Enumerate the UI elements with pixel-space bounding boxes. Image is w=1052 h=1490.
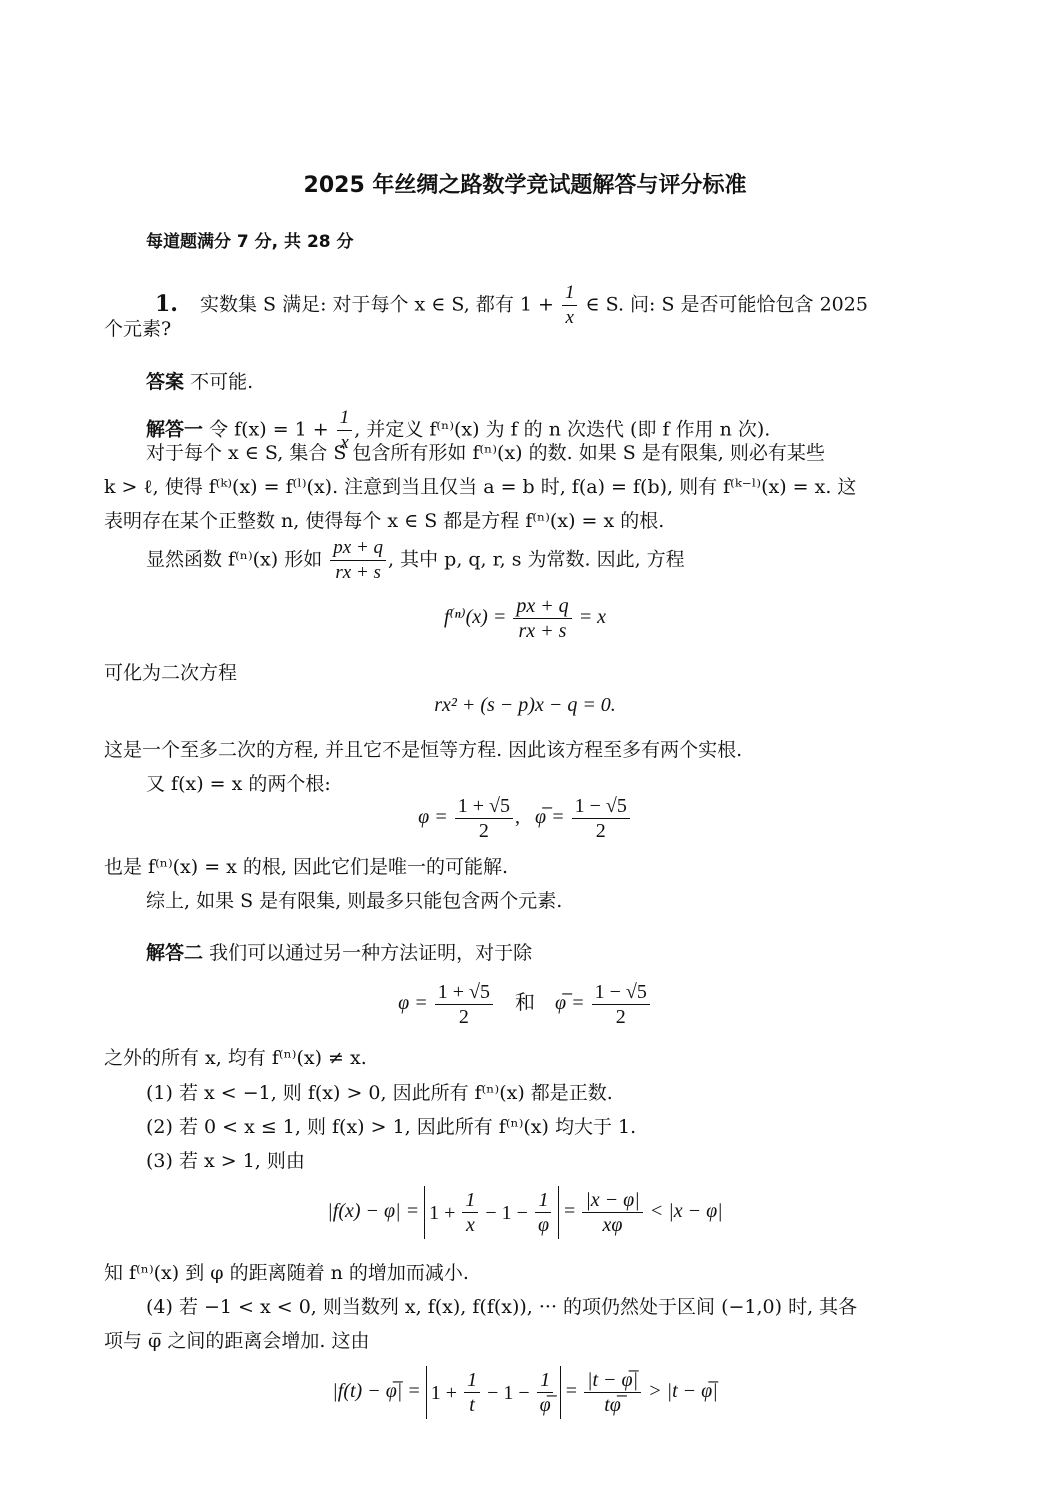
solution1-line: 也是 f⁽ⁿ⁾(x) = x 的根, 因此它们是唯一的可能解. <box>104 854 946 880</box>
problem-number: 1. <box>155 291 178 317</box>
solution1-line: 对于每个 x ∈ S, 集合 S 包含所有形如 f⁽ⁿ⁾(x) 的数. 如果 S… <box>146 440 946 466</box>
solution1-line: k > ℓ, 使得 f⁽ᵏ⁾(x) = f⁽ˡ⁾(x). 注意到当且仅当 a =… <box>104 474 946 500</box>
case-3-conclusion: 知 f⁽ⁿ⁾(x) 到 φ 的距离随着 n 的增加而减小. <box>104 1260 946 1286</box>
scoring-note: 每道题满分 7 分, 共 28 分 <box>146 229 946 255</box>
answer: 答案 不可能. <box>146 369 946 395</box>
equation-quadratic: rx² + (s − p)x − q = 0. <box>104 692 946 718</box>
document-page: 2025 年丝绸之路数学竞试题解答与评分标准 每道题满分 7 分, 共 28 分… <box>0 0 1052 1490</box>
fraction: px + qrx + s <box>330 536 386 585</box>
solution2-line: 解答二 我们可以通过另一种方法证明，对于除 <box>146 940 946 966</box>
equation-fn: f⁽ⁿ⁾(x) = px + qrx + s = x <box>104 594 946 643</box>
solution1-line: 这是一个至多二次的方程, 并且它不是恒等方程. 因此该方程至多有两个实根. <box>104 737 946 763</box>
solution2-label: 解答二 <box>146 942 203 964</box>
solution1-line: 表明存在某个正整数 n, 使得每个 x ∈ S 都是方程 f⁽ⁿ⁾(x) = x… <box>104 508 946 534</box>
equation-roots: φ = 1 + √52 和 φ̅ = 1 − √52 <box>104 980 946 1029</box>
statement-text: ∈ S. 问: S 是否可能恰包含 2025 <box>586 294 868 316</box>
solution1-line: 显然函数 f⁽ⁿ⁾(x) 形如 px + qrx + s, 其中 p, q, r… <box>146 536 946 585</box>
case-2: (2) 若 0 < x ≤ 1, 则 f(x) > 1, 因此所有 f⁽ⁿ⁾(x… <box>146 1114 946 1140</box>
solution1-line: 可化为二次方程 <box>104 660 946 686</box>
case-3: (3) 若 x > 1, 则由 <box>146 1148 946 1174</box>
equation-roots: φ = 1 + √52, φ̅ = 1 − √52 <box>104 794 946 843</box>
problem-statement-cont: 个元素? <box>104 316 946 342</box>
equation-case4: |f(t) − φ̅| = 1 + 1t − 1 − 1φ̅ = |t − φ̅… <box>104 1366 946 1419</box>
answer-text: 不可能. <box>190 371 253 393</box>
case-4-cont: 项与 φ̅ 之间的距离会增加. 这由 <box>104 1328 946 1354</box>
equation-case3: |f(x) − φ| = 1 + 1x − 1 − 1φ = |x − φ|xφ… <box>104 1186 946 1239</box>
solution1-line: 综上, 如果 S 是有限集, 则最多只能包含两个元素. <box>146 888 946 914</box>
case-1: (1) 若 x < −1, 则 f(x) > 0, 因此所有 f⁽ⁿ⁾(x) 都… <box>146 1080 946 1106</box>
solution2-line: 之外的所有 x, 均有 f⁽ⁿ⁾(x) ≠ x. <box>104 1045 946 1071</box>
document-title: 2025 年丝绸之路数学竞试题解答与评分标准 <box>104 173 946 199</box>
case-4: (4) 若 −1 < x < 0, 则当数列 x, f(x), f(f(x)),… <box>146 1294 946 1320</box>
statement-text: 实数集 S 满足: 对于每个 x ∈ S, 都有 1 + <box>200 294 554 316</box>
solution1-label: 解答一 <box>146 419 203 441</box>
answer-label: 答案 <box>146 371 184 393</box>
